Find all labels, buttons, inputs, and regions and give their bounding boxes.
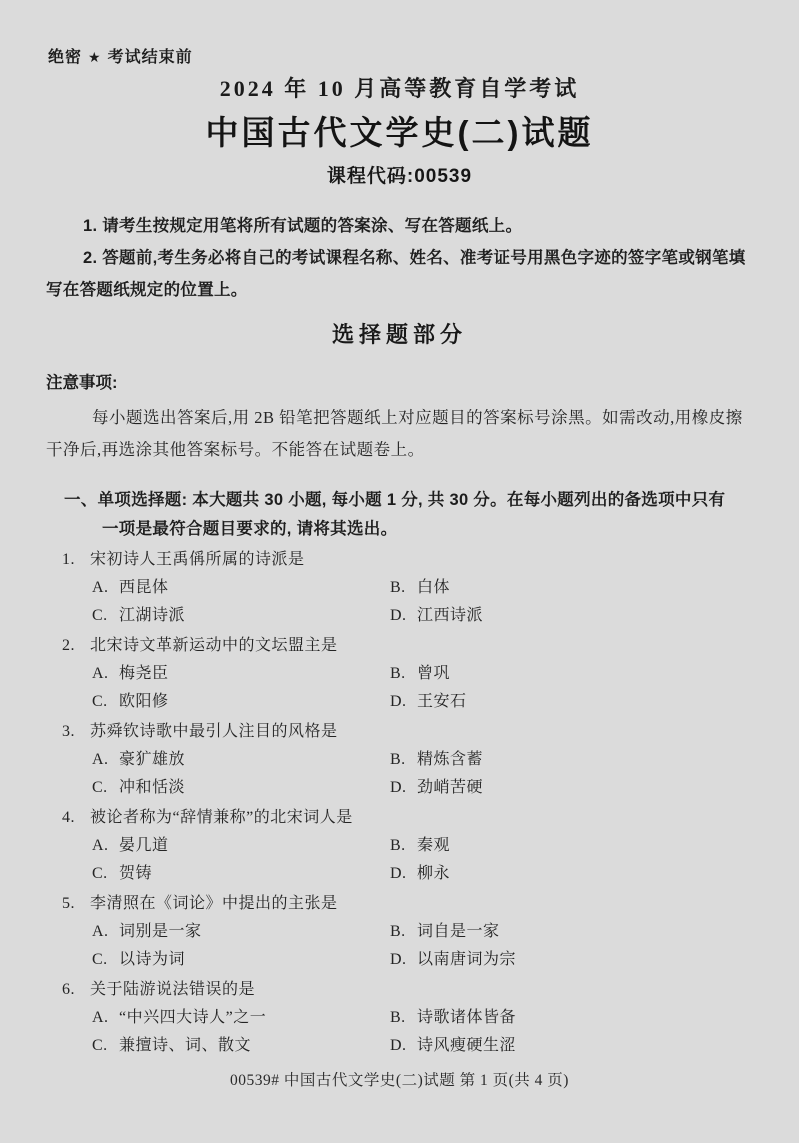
option-label: C.: [92, 1032, 119, 1060]
option-text: 贺铸: [119, 865, 152, 882]
option-group: A.西昆体 B.白体 C.江湖诗派 D.江西诗派: [92, 574, 799, 630]
option-label: A.: [92, 660, 119, 688]
question-stem: 2.北宋诗文革新运动中的文坛盟主是: [62, 632, 799, 660]
question-text: 被论者称为“辞情兼称”的北宋词人是: [90, 809, 353, 826]
option-label: A.: [92, 918, 119, 946]
option-a: A.“中兴四大诗人”之一: [92, 1004, 390, 1032]
option-text: 白体: [417, 579, 450, 596]
question-text: 北宋诗文革新运动中的文坛盟主是: [90, 637, 338, 654]
option-text: 柳永: [417, 865, 450, 882]
classification-banner: 绝密★考试结束前: [48, 44, 193, 67]
question-list: 1.宋初诗人王禹偁所属的诗派是 A.西昆体 B.白体 C.江湖诗派 D.江西诗派…: [62, 546, 799, 1060]
option-text: 江湖诗派: [119, 607, 185, 624]
question-text: 关于陆游说法错误的是: [90, 981, 255, 998]
option-a: A.豪犷雄放: [92, 746, 390, 774]
option-label: B.: [390, 746, 417, 774]
timing-label: 考试结束前: [108, 49, 193, 66]
option-d: D.诗风瘦硬生涩: [390, 1032, 799, 1060]
option-a: A.词别是一家: [92, 918, 390, 946]
option-text: 以诗为词: [119, 951, 185, 968]
option-c: C.江湖诗派: [92, 602, 390, 630]
paper-title: 中国古代文学史(二)试题: [0, 112, 799, 154]
question-stem: 5.李清照在《词论》中提出的主张是: [62, 890, 799, 918]
option-c: C.欧阳修: [92, 688, 390, 716]
option-label: C.: [92, 860, 119, 888]
question-1: 1.宋初诗人王禹偁所属的诗派是 A.西昆体 B.白体 C.江湖诗派 D.江西诗派: [62, 546, 799, 630]
option-label: B.: [390, 574, 417, 602]
option-text: 秦观: [417, 837, 450, 854]
option-b: B.秦观: [390, 832, 799, 860]
option-c: C.兼擅诗、词、散文: [92, 1032, 390, 1060]
part-one-intro: 一、单项选择题: 本大题共 30 小题, 每小题 1 分, 共 30 分。在每小…: [64, 486, 732, 544]
exam-session-title: 2024 年 10 月高等教育自学考试: [0, 74, 799, 104]
option-label: C.: [92, 602, 119, 630]
option-b: B.曾巩: [390, 660, 799, 688]
option-b: B.精炼含蓄: [390, 746, 799, 774]
option-text: 西昆体: [119, 579, 169, 596]
option-text: 王安石: [417, 693, 467, 710]
question-6: 6.关于陆游说法错误的是 A.“中兴四大诗人”之一 B.诗歌诸体皆备 C.兼擅诗…: [62, 976, 799, 1060]
instruction-item-2: 2. 答题前,考生务必将自己的考试课程名称、姓名、准考证号用黑色字迹的签字笔或钢…: [46, 242, 749, 306]
option-text: 劲峭苦硬: [417, 779, 483, 796]
star-icon: ★: [82, 49, 108, 65]
option-text: 晏几道: [119, 837, 169, 854]
option-c: C.以诗为词: [92, 946, 390, 974]
option-label: D.: [390, 860, 417, 888]
question-text: 李清照在《词论》中提出的主张是: [90, 895, 338, 912]
option-text: 梅尧臣: [119, 665, 169, 682]
option-group: A.词别是一家 B.词自是一家 C.以诗为词 D.以南唐词为宗: [92, 918, 799, 974]
option-label: C.: [92, 688, 119, 716]
option-label: A.: [92, 832, 119, 860]
option-a: A.梅尧臣: [92, 660, 390, 688]
option-label: C.: [92, 774, 119, 802]
option-label: B.: [390, 1004, 417, 1032]
option-group: A.“中兴四大诗人”之一 B.诗歌诸体皆备 C.兼擅诗、词、散文 D.诗风瘦硬生…: [92, 1004, 799, 1060]
option-group: A.豪犷雄放 B.精炼含蓄 C.冲和恬淡 D.劲峭苦硬: [92, 746, 799, 802]
option-d: D.柳永: [390, 860, 799, 888]
option-b: B.词自是一家: [390, 918, 799, 946]
page-footer: 00539# 中国古代文学史(二)试题 第 1 页(共 4 页): [0, 1068, 799, 1090]
option-text: 兼擅诗、词、散文: [119, 1037, 251, 1054]
question-number: 4.: [62, 804, 90, 832]
option-label: C.: [92, 946, 119, 974]
option-d: D.王安石: [390, 688, 799, 716]
option-label: A.: [92, 746, 119, 774]
option-c: C.冲和恬淡: [92, 774, 390, 802]
question-5: 5.李清照在《词论》中提出的主张是 A.词别是一家 B.词自是一家 C.以诗为词…: [62, 890, 799, 974]
option-label: D.: [390, 774, 417, 802]
option-text: 精炼含蓄: [417, 751, 483, 768]
question-number: 3.: [62, 718, 90, 746]
option-label: B.: [390, 660, 417, 688]
question-number: 1.: [62, 546, 90, 574]
section-heading: 选择题部分: [0, 320, 799, 350]
instruction-item-1: 1. 请考生按规定用笔将所有试题的答案涂、写在答题纸上。: [46, 210, 749, 242]
general-instructions: 1. 请考生按规定用笔将所有试题的答案涂、写在答题纸上。 2. 答题前,考生务必…: [46, 210, 749, 306]
option-a: A.晏几道: [92, 832, 390, 860]
option-c: C.贺铸: [92, 860, 390, 888]
question-4: 4.被论者称为“辞情兼称”的北宋词人是 A.晏几道 B.秦观 C.贺铸 D.柳永: [62, 804, 799, 888]
option-text: 曾巩: [417, 665, 450, 682]
option-label: A.: [92, 574, 119, 602]
option-text: 江西诗派: [417, 607, 483, 624]
exam-paper-page: 绝密★考试结束前 2024 年 10 月高等教育自学考试 中国古代文学史(二)试…: [0, 0, 799, 1143]
question-stem: 6.关于陆游说法错误的是: [62, 976, 799, 1004]
option-label: D.: [390, 1032, 417, 1060]
option-d: D.江西诗派: [390, 602, 799, 630]
notes-title: 注意事项:: [46, 370, 799, 396]
option-text: 词自是一家: [417, 923, 500, 940]
notes-body: 每小题选出答案后,用 2B 铅笔把答题纸上对应题目的答案标号涂黑。如需改动,用橡…: [46, 402, 749, 466]
option-text: 词别是一家: [119, 923, 202, 940]
option-label: B.: [390, 918, 417, 946]
option-d: D.以南唐词为宗: [390, 946, 799, 974]
option-group: A.晏几道 B.秦观 C.贺铸 D.柳永: [92, 832, 799, 888]
option-text: “中兴四大诗人”之一: [119, 1009, 266, 1026]
option-a: A.西昆体: [92, 574, 390, 602]
question-number: 5.: [62, 890, 90, 918]
question-stem: 3.苏舜钦诗歌中最引人注目的风格是: [62, 718, 799, 746]
option-label: D.: [390, 688, 417, 716]
question-text: 宋初诗人王禹偁所属的诗派是: [90, 551, 305, 568]
option-group: A.梅尧臣 B.曾巩 C.欧阳修 D.王安石: [92, 660, 799, 716]
course-code: 课程代码:00539: [0, 164, 799, 190]
option-label: D.: [390, 946, 417, 974]
question-stem: 4.被论者称为“辞情兼称”的北宋词人是: [62, 804, 799, 832]
question-number: 6.: [62, 976, 90, 1004]
option-text: 冲和恬淡: [119, 779, 185, 796]
option-label: A.: [92, 1004, 119, 1032]
option-text: 豪犷雄放: [119, 751, 185, 768]
option-text: 以南唐词为宗: [417, 951, 516, 968]
question-2: 2.北宋诗文革新运动中的文坛盟主是 A.梅尧臣 B.曾巩 C.欧阳修 D.王安石: [62, 632, 799, 716]
secrecy-label: 绝密: [48, 49, 82, 66]
question-number: 2.: [62, 632, 90, 660]
option-label: B.: [390, 832, 417, 860]
option-text: 诗风瘦硬生涩: [417, 1037, 516, 1054]
question-3: 3.苏舜钦诗歌中最引人注目的风格是 A.豪犷雄放 B.精炼含蓄 C.冲和恬淡 D…: [62, 718, 799, 802]
option-b: B.白体: [390, 574, 799, 602]
option-d: D.劲峭苦硬: [390, 774, 799, 802]
option-b: B.诗歌诸体皆备: [390, 1004, 799, 1032]
question-text: 苏舜钦诗歌中最引人注目的风格是: [90, 723, 338, 740]
option-text: 欧阳修: [119, 693, 169, 710]
option-text: 诗歌诸体皆备: [417, 1009, 516, 1026]
option-label: D.: [390, 602, 417, 630]
question-stem: 1.宋初诗人王禹偁所属的诗派是: [62, 546, 799, 574]
